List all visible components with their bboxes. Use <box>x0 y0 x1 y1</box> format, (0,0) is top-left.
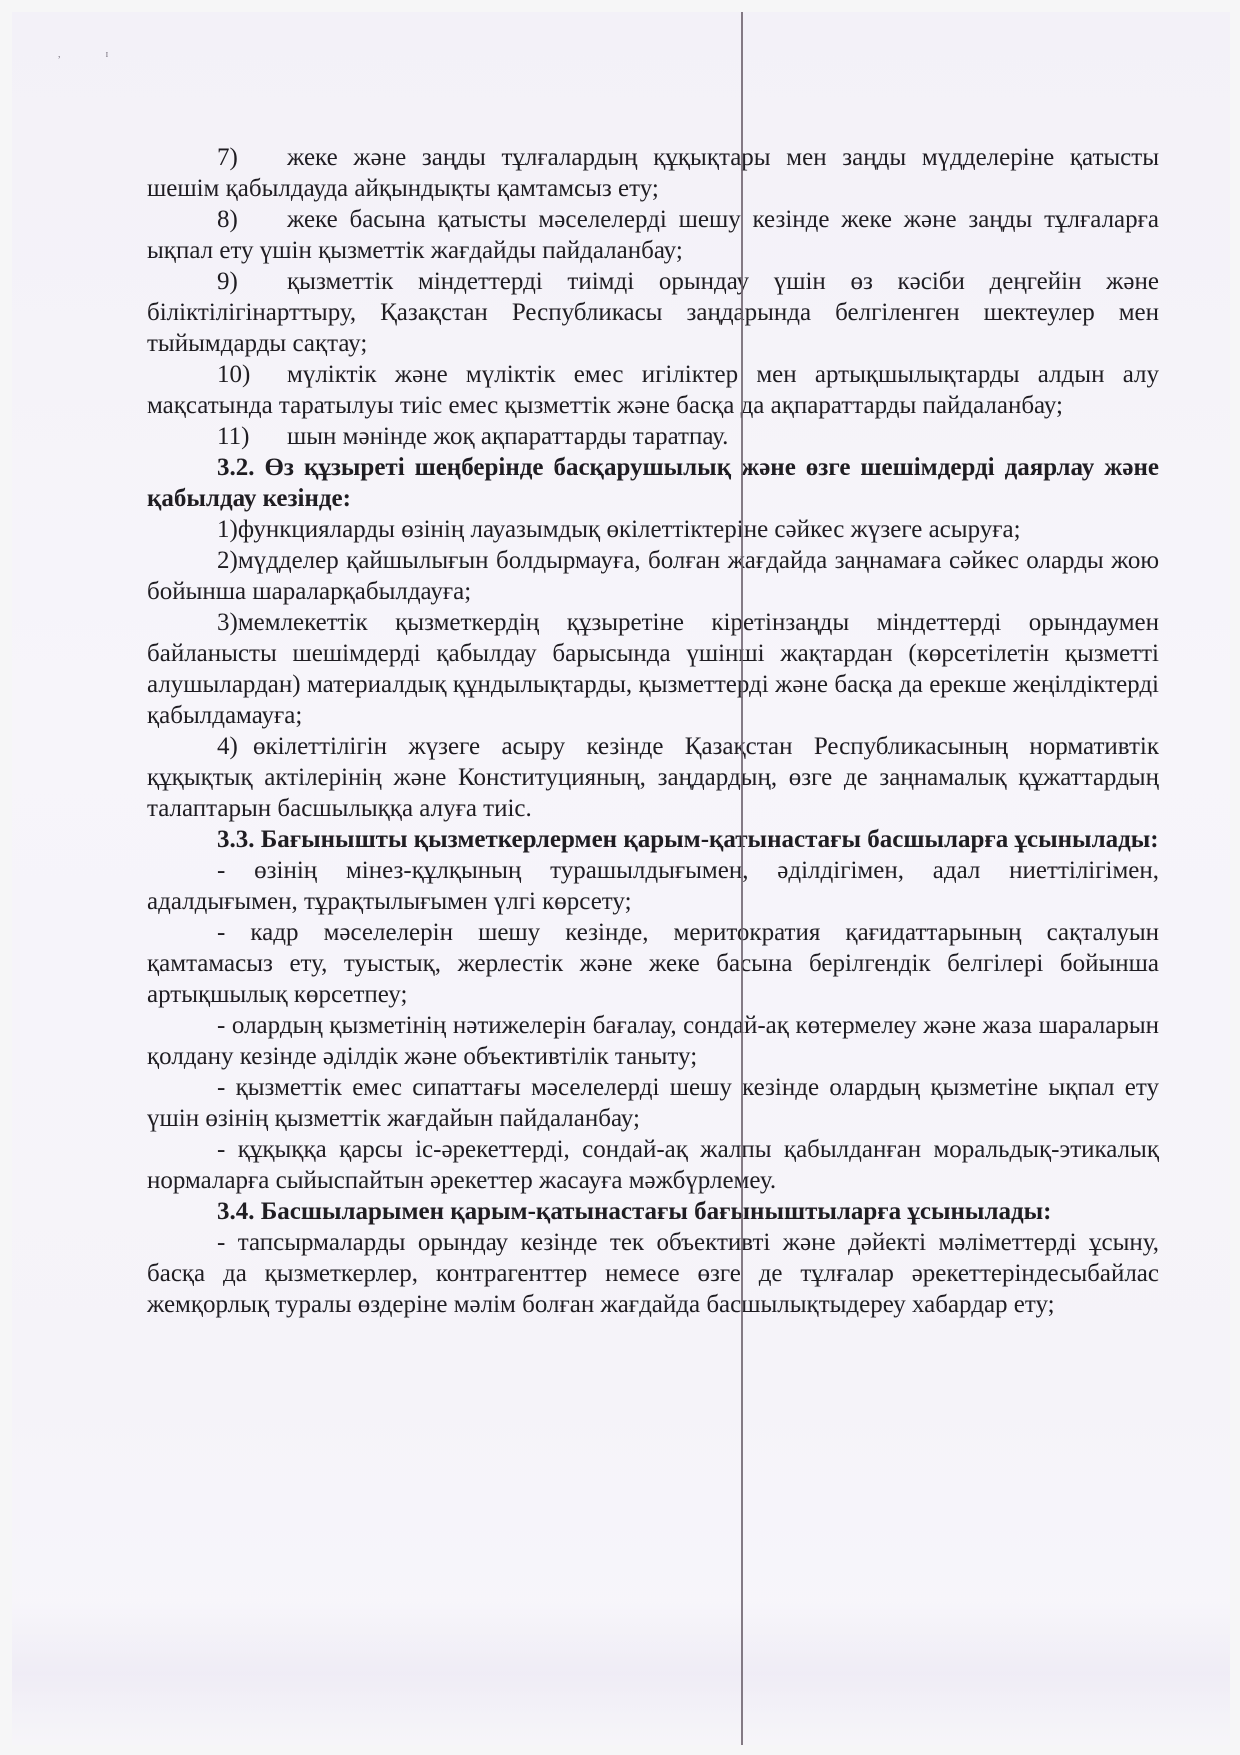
item-number: 8) <box>217 204 287 235</box>
list-item-8: 8)жеке басына қатысты мәселелерді шешу к… <box>147 204 1159 266</box>
bullet-item: - тапсырмаларды орындау кезінде тек объе… <box>147 1227 1159 1320</box>
item-number: 1) <box>217 514 238 545</box>
document-body: 7)жеке және заңды тұлғалардың құқықтары … <box>147 142 1159 1320</box>
item-number: 7) <box>217 142 287 173</box>
scan-artifact: , ɪ <box>58 52 128 58</box>
item-text: шын мәнінде жоқ ақпараттарды таратпау. <box>287 423 728 450</box>
fold-line <box>741 12 743 1745</box>
list-item-2: 2)мүдделер қайшылығын болдырмауға, болға… <box>147 545 1159 607</box>
list-item-9: 9)қызметтік міндеттерді тиімді орындау ү… <box>147 266 1159 359</box>
item-number: 9) <box>217 266 287 297</box>
bullet-item: - құқыққа қарсы іс-әрекеттерді, сондай-а… <box>147 1134 1159 1196</box>
item-text: мемлекеттік қызметкердің құзыретіне кіре… <box>147 609 1159 729</box>
item-text: жеке басына қатысты мәселелерді шешу кез… <box>147 206 1159 264</box>
item-text: өкілеттілігін жүзеге асыру кезінде Қазақ… <box>147 733 1159 822</box>
item-text: мүліктік және мүліктік емес игіліктер ме… <box>147 361 1159 419</box>
item-number: 2) <box>217 545 238 576</box>
bullet-item: - олардың қызметінің нәтижелерін бағалау… <box>147 1010 1159 1072</box>
scanned-page: , ɪ 7)жеке және заңды тұлғалардың құқықт… <box>12 12 1230 1745</box>
item-number: 11) <box>217 421 287 452</box>
item-text: функцияларды өзінің лауазымдық өкілеттік… <box>238 516 1021 543</box>
bullet-item: - кадр мәселелерін шешу кезінде, мериток… <box>147 917 1159 1010</box>
section-heading-3-4: 3.4. Басшыларымен қарым-қатынастағы бағы… <box>147 1196 1159 1227</box>
section-heading-3-3: 3.3. Бағынышты қызметкерлермен қарым-қат… <box>147 824 1159 855</box>
item-number: 3) <box>217 607 238 638</box>
list-item-3: 3)мемлекеттік қызметкердің құзыретіне кі… <box>147 607 1159 731</box>
item-text: қызметтік міндеттерді тиімді орындау үші… <box>147 268 1159 357</box>
scan-shadow <box>12 1602 1230 1745</box>
bullet-item: - қызметтік емес сипаттағы мәселелерді ш… <box>147 1072 1159 1134</box>
bullet-item: - өзінің мінез-құлқының турашылдығымен, … <box>147 855 1159 917</box>
item-number: 4) <box>217 731 253 762</box>
item-number: 10) <box>217 359 287 390</box>
item-text: мүдделер қайшылығын болдырмауға, болған … <box>147 547 1159 605</box>
list-item-10: 10)мүліктік және мүліктік емес игіліктер… <box>147 359 1159 421</box>
list-item-4: 4)өкілеттілігін жүзеге асыру кезінде Қаз… <box>147 731 1159 824</box>
section-heading-3-2: 3.2. Өз құзыреті шеңберінде басқарушылық… <box>147 452 1159 514</box>
list-item-7: 7)жеке және заңды тұлғалардың құқықтары … <box>147 142 1159 204</box>
item-text: жеке және заңды тұлғалардың құқықтары ме… <box>147 144 1159 202</box>
list-item-11: 11)шын мәнінде жоқ ақпараттарды таратпау… <box>147 421 1159 452</box>
list-item-1: 1)функцияларды өзінің лауазымдық өкілетт… <box>147 514 1159 545</box>
